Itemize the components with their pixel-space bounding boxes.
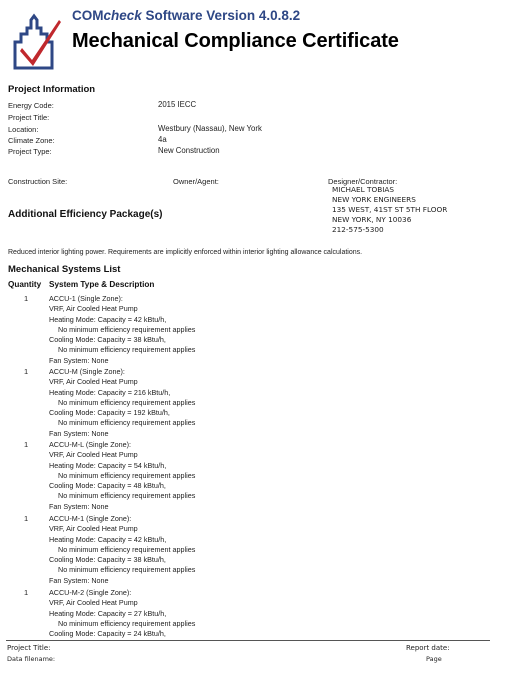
system-description-line: Cooling Mode: Capacity = 24 kBtu/h, bbox=[49, 629, 195, 639]
project-info-heading: Project Information bbox=[8, 84, 95, 95]
systems-list-heading: Mechanical Systems List bbox=[8, 264, 120, 275]
system-description-line: Fan System: None bbox=[49, 576, 195, 586]
system-description-line: Cooling Mode: Capacity = 38 kBtu/h, bbox=[49, 335, 195, 345]
system-description: ACCU-M-2 (Single Zone):VRF, Air Cooled H… bbox=[49, 588, 195, 639]
owner-agent-label: Owner/Agent: bbox=[173, 177, 219, 186]
system-description-line: VRF, Air Cooled Heat Pump bbox=[49, 377, 195, 387]
project-info-value: New Construction bbox=[158, 146, 220, 155]
project-info-label: Climate Zone: bbox=[8, 136, 55, 145]
system-description: ACCU-M-L (Single Zone):VRF, Air Cooled H… bbox=[49, 440, 195, 512]
project-info-value: 4a bbox=[158, 135, 167, 144]
system-description-line: No minimum efficiency requirement applie… bbox=[49, 619, 195, 629]
system-description-line: No minimum efficiency requirement applie… bbox=[49, 325, 195, 335]
system-description-line: Cooling Mode: Capacity = 192 kBtu/h, bbox=[49, 408, 195, 418]
system-description-line: Heating Mode: Capacity = 42 kBtu/h, bbox=[49, 315, 195, 325]
system-description-line: Heating Mode: Capacity = 42 kBtu/h, bbox=[49, 535, 195, 545]
system-description-line: Fan System: None bbox=[49, 502, 195, 512]
system-description-line: ACCU-1 (Single Zone): bbox=[49, 294, 195, 304]
project-info-label: Energy Code: bbox=[8, 101, 54, 110]
system-quantity: 1 bbox=[24, 294, 28, 303]
footer-report-date-label: Report date: bbox=[406, 644, 450, 652]
designer-line: NEW YORK, NY 10036 bbox=[332, 215, 447, 225]
system-description-line: VRF, Air Cooled Heat Pump bbox=[49, 450, 195, 460]
system-description-line: Cooling Mode: Capacity = 48 kBtu/h, bbox=[49, 481, 195, 491]
system-description-line: ACCU-M (Single Zone): bbox=[49, 367, 195, 377]
system-description-line: Heating Mode: Capacity = 54 kBtu/h, bbox=[49, 461, 195, 471]
project-info-value: Westbury (Nassau), New York bbox=[158, 124, 262, 133]
efficiency-description: Reduced interior lighting power. Require… bbox=[8, 249, 362, 256]
system-quantity: 1 bbox=[24, 588, 28, 597]
system-description-line: Fan System: None bbox=[49, 429, 195, 439]
system-description-line: ACCU-M-2 (Single Zone): bbox=[49, 588, 195, 598]
system-description-line: VRF, Air Cooled Heat Pump bbox=[49, 598, 195, 608]
designer-line: 212-575-5300 bbox=[332, 225, 447, 235]
project-info-label: Project Type: bbox=[8, 147, 52, 156]
system-description-line: Heating Mode: Capacity = 216 kBtu/h, bbox=[49, 388, 195, 398]
system-description-line: Heating Mode: Capacity = 27 kBtu/h, bbox=[49, 609, 195, 619]
system-description-line: VRF, Air Cooled Heat Pump bbox=[49, 304, 195, 314]
system-description-line: ACCU-M-L (Single Zone): bbox=[49, 440, 195, 450]
designer-line: 135 WEST, 41ST ST 5TH FLOOR bbox=[332, 205, 447, 215]
app-title: COMcheck Software Version 4.0.8.2 bbox=[72, 8, 300, 23]
system-description: ACCU-M-1 (Single Zone):VRF, Air Cooled H… bbox=[49, 514, 195, 586]
footer-project-title-label: Project Title: bbox=[7, 644, 51, 652]
system-quantity: 1 bbox=[24, 367, 28, 376]
project-info-label: Location: bbox=[8, 125, 38, 134]
quantity-column-header: Quantity bbox=[8, 280, 41, 289]
system-quantity: 1 bbox=[24, 440, 28, 449]
footer-divider bbox=[6, 640, 490, 641]
system-description-line: No minimum efficiency requirement applie… bbox=[49, 398, 195, 408]
system-description-line: No minimum efficiency requirement applie… bbox=[49, 565, 195, 575]
construction-site-label: Construction Site: bbox=[8, 177, 67, 186]
efficiency-heading: Additional Efficiency Package(s) bbox=[8, 209, 163, 220]
footer-data-filename-label: Data filename: bbox=[7, 655, 55, 663]
system-description-line: Fan System: None bbox=[49, 356, 195, 366]
description-column-header: System Type & Description bbox=[49, 280, 154, 289]
footer-page-label: Page bbox=[426, 655, 442, 663]
designer-line: MICHAEL TOBIAS bbox=[332, 185, 447, 195]
system-description-line: No minimum efficiency requirement applie… bbox=[49, 471, 195, 481]
system-description: ACCU-M (Single Zone):VRF, Air Cooled Hea… bbox=[49, 367, 195, 439]
system-description-line: ACCU-M-1 (Single Zone): bbox=[49, 514, 195, 524]
comcheck-logo-icon bbox=[12, 12, 62, 70]
system-description-line: Cooling Mode: Capacity = 38 kBtu/h, bbox=[49, 555, 195, 565]
document-title: Mechanical Compliance Certificate bbox=[72, 30, 399, 53]
system-description-line: No minimum efficiency requirement applie… bbox=[49, 491, 195, 501]
designer-line: NEW YORK ENGINEERS bbox=[332, 195, 447, 205]
project-info-value: 2015 IECC bbox=[158, 100, 196, 109]
system-description-line: No minimum efficiency requirement applie… bbox=[49, 418, 195, 428]
project-info-label: Project Title: bbox=[8, 113, 49, 122]
system-description-line: No minimum efficiency requirement applie… bbox=[49, 345, 195, 355]
system-quantity: 1 bbox=[24, 514, 28, 523]
designer-contractor-address: MICHAEL TOBIASNEW YORK ENGINEERS135 WEST… bbox=[332, 185, 447, 235]
system-description-line: No minimum efficiency requirement applie… bbox=[49, 545, 195, 555]
system-description: ACCU-1 (Single Zone):VRF, Air Cooled Hea… bbox=[49, 294, 195, 366]
system-description-line: VRF, Air Cooled Heat Pump bbox=[49, 524, 195, 534]
